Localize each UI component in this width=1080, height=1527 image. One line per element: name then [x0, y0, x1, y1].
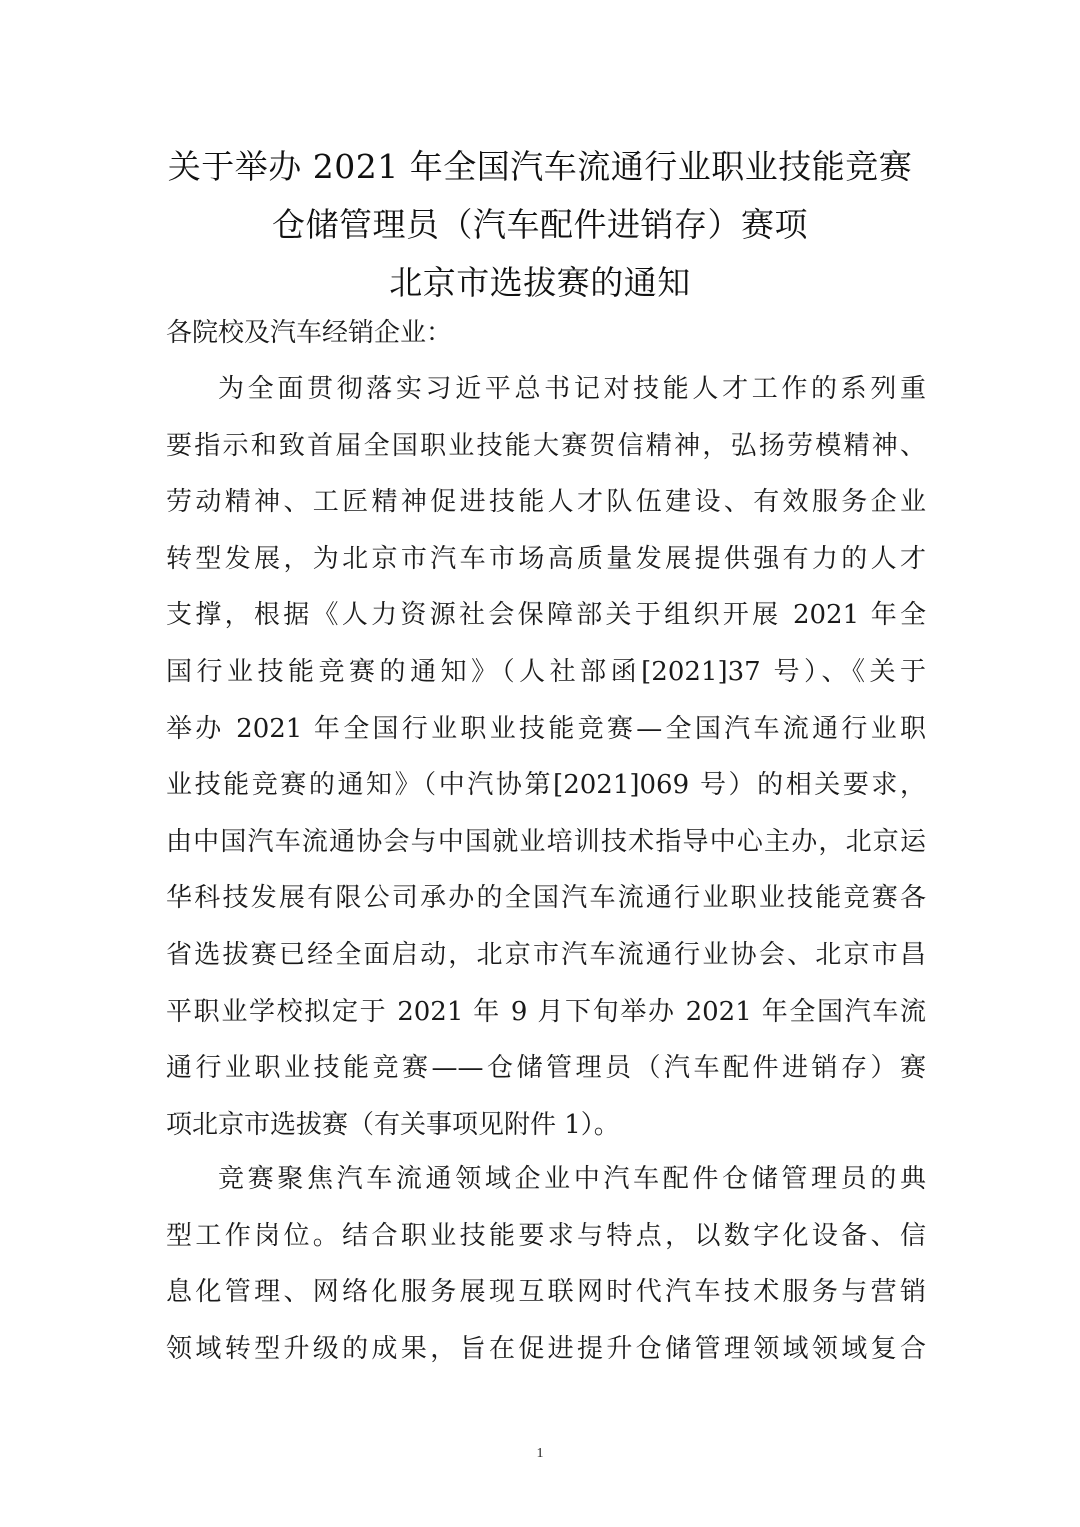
document-title: 关于举办 2021 年全国汽车流通行业职业技能竞赛 仓储管理员（汽车配件进销存）… — [0, 138, 1080, 312]
page-number: 1 — [0, 1446, 1080, 1462]
title-line-1: 关于举办 2021 年全国汽车流通行业职业技能竞赛 — [0, 138, 1080, 196]
paragraph-line: 为全面贯彻落实习近平总书记对技能人才工作的系列重 — [166, 361, 926, 418]
salutation: 各院校及汽车经销企业： — [166, 305, 452, 361]
paragraph-line: 业技能竞赛的通知》（中汽协第[2021]069 号）的相关要求， — [166, 757, 926, 814]
paragraph-line: 转型发展，为北京市汽车市场高质量发展提供强有力的人才 — [166, 531, 926, 588]
paragraph-line: 通行业职业技能竞赛——仓储管理员（汽车配件进销存）赛 — [166, 1040, 926, 1097]
paragraph-line: 国行业技能竞赛的通知》（人社部函[2021]37 号）、《关于 — [166, 644, 926, 701]
paragraph-line: 要指示和致首届全国职业技能大赛贺信精神，弘扬劳模精神、 — [166, 418, 926, 475]
paragraph-line: 举办 2021 年全国行业职业技能竞赛—全国汽车流通行业职 — [166, 701, 926, 758]
paragraph-1: 为全面贯彻落实习近平总书记对技能人才工作的系列重 要指示和致首届全国职业技能大赛… — [166, 361, 926, 1153]
paragraph-2: 竞赛聚焦汽车流通领域企业中汽车配件仓储管理员的典 型工作岗位。结合职业技能要求与… — [166, 1151, 926, 1377]
paragraph-line: 劳动精神、工匠精神促进技能人才队伍建设、有效服务企业 — [166, 474, 926, 531]
paragraph-line: 息化管理、网络化服务展现互联网时代汽车技术服务与营销 — [166, 1264, 926, 1321]
paragraph-line: 平职业学校拟定于 2021 年 9 月下旬举办 2021 年全国汽车流 — [166, 984, 926, 1041]
document-page: 关于举办 2021 年全国汽车流通行业职业技能竞赛 仓储管理员（汽车配件进销存）… — [0, 0, 1080, 1527]
paragraph-line: 竞赛聚焦汽车流通领域企业中汽车配件仓储管理员的典 — [166, 1151, 926, 1208]
paragraph-line: 项北京市选拔赛（有关事项见附件 1）。 — [166, 1097, 926, 1154]
paragraph-line: 华科技发展有限公司承办的全国汽车流通行业职业技能竞赛各 — [166, 870, 926, 927]
title-line-3: 北京市选拔赛的通知 — [0, 254, 1080, 312]
paragraph-line: 支撑，根据《人力资源社会保障部关于组织开展 2021 年全 — [166, 587, 926, 644]
paragraph-line: 省选拔赛已经全面启动，北京市汽车流通行业协会、北京市昌 — [166, 927, 926, 984]
paragraph-line: 型工作岗位。结合职业技能要求与特点，以数字化设备、信 — [166, 1208, 926, 1265]
paragraph-line: 领域转型升级的成果，旨在促进提升仓储管理领域领域复合 — [166, 1321, 926, 1378]
title-line-2: 仓储管理员（汽车配件进销存）赛项 — [0, 196, 1080, 254]
paragraph-line: 由中国汽车流通协会与中国就业培训技术指导中心主办，北京运 — [166, 814, 926, 871]
